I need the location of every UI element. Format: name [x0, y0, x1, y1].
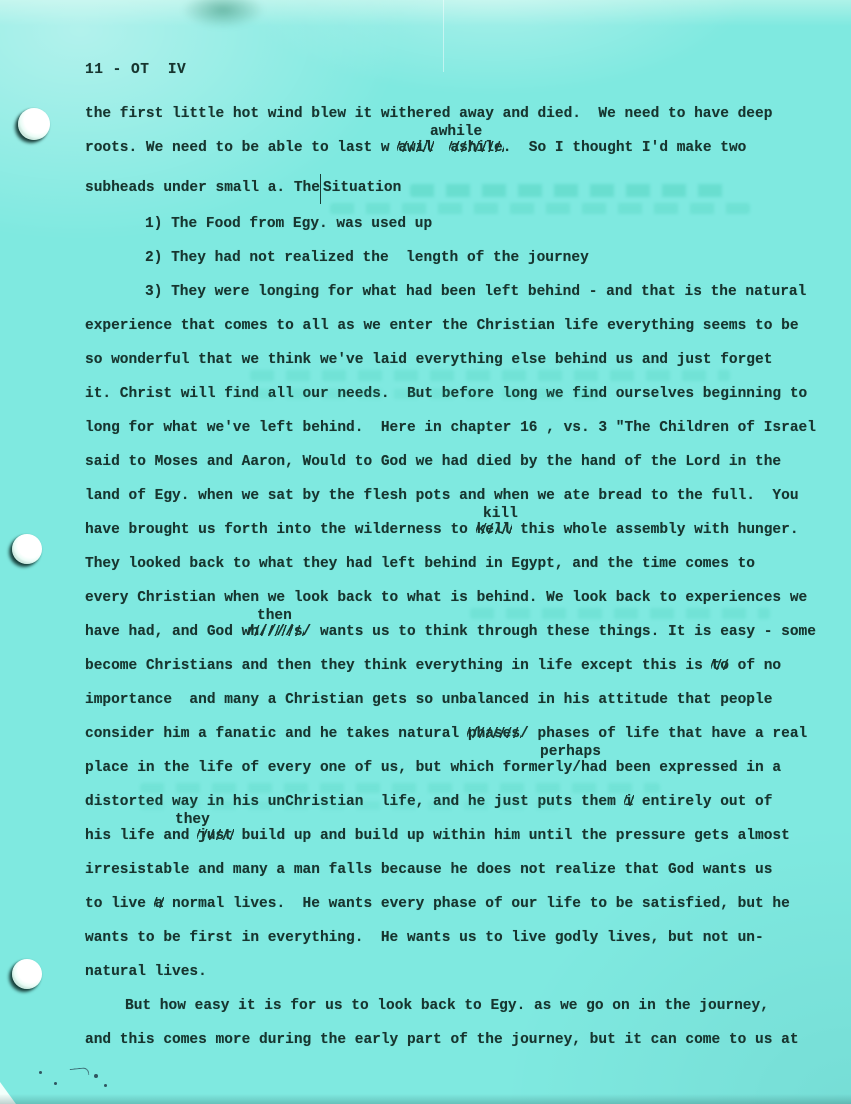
typed-line: consider him a fanatic and he takes natu…: [85, 726, 831, 760]
typed-text: / phases of life that have a real: [520, 726, 807, 742]
typed-text: natural lives.: [85, 964, 207, 980]
strikeout-text: a: [155, 896, 164, 912]
interline-insertion: they: [175, 812, 210, 828]
typed-text: and this comes more during the early par…: [85, 1032, 799, 1048]
typed-text: consider him a fanatic and he takes natu…: [85, 726, 468, 742]
typed-text: 3) They were longing for what had been l…: [145, 284, 806, 300]
bleed-through-text: [140, 783, 660, 793]
typed-text: experience that comes to all as we enter…: [85, 318, 799, 334]
typed-text: to live: [85, 896, 155, 912]
typed-text: said to Moses and Aaron, Would to God we…: [85, 454, 781, 470]
bleed-through-text: [140, 801, 560, 810]
typed-text: every Christian when we look back to wha…: [85, 590, 807, 606]
interline-insertion: kill: [483, 506, 518, 522]
strikeout-text: kell: [477, 522, 512, 538]
bleed-through-text: [470, 608, 770, 619]
typed-text: roots. We need to be able to last w: [85, 140, 398, 156]
typed-line: 2) They had not realized the length of t…: [85, 250, 831, 284]
page-number-heading: 11 - OT IV: [85, 62, 186, 78]
bleed-through-text: [330, 203, 750, 214]
typed-text: Situation: [323, 180, 401, 196]
typed-text: irresistable and many a man falls becaus…: [85, 862, 772, 878]
pencil-dot: [104, 1084, 107, 1087]
typed-lines: the first little hot wind blew it wither…: [85, 106, 831, 1066]
typed-text: 2) They had not realized the length of t…: [145, 250, 589, 266]
bleed-through-text: [410, 184, 730, 197]
typed-text: . So I thought I'd make two: [503, 140, 747, 156]
strikeout-text: just: [198, 828, 233, 844]
typed-line: and this comes more during the early par…: [85, 1032, 831, 1066]
typed-line: They looked back to what they had left b…: [85, 556, 831, 590]
typed-line: said to Moses and Aaron, Would to God we…: [85, 454, 831, 488]
strikeout-text: ashile: [450, 140, 502, 156]
typed-text: / wants us to think through these things…: [303, 624, 816, 640]
typed-text: of no: [729, 658, 781, 674]
typed-text: build up and build up within him until t…: [233, 828, 790, 844]
insertion-caret: [320, 174, 322, 204]
interline-insertion: perhaps: [540, 744, 601, 760]
typed-text: his life and: [85, 828, 198, 844]
typed-text: normal lives. He wants every phase of ou…: [163, 896, 790, 912]
typed-text: entirely out of: [633, 794, 772, 810]
typed-line: land of Egy. when we sat by the flesh po…: [85, 488, 831, 522]
typed-text: importance and many a Christian gets so …: [85, 692, 772, 708]
punch-hole: [12, 534, 42, 564]
typed-text: this whole assembly with hunger.: [511, 522, 798, 538]
strikeout-text: phases: [468, 726, 520, 742]
pencil-squiggle: [70, 1067, 90, 1077]
bleed-through-text: [250, 389, 610, 399]
typed-line: his life and just build up and build up …: [85, 828, 831, 862]
typed-text: become Christians and then they think ev…: [85, 658, 712, 674]
typed-line: to live a normal lives. He wants every p…: [85, 896, 831, 930]
typed-line: natural lives.: [85, 964, 831, 998]
typed-line: have had, and God wh////s/ wants us to t…: [85, 624, 831, 658]
typed-line: importance and many a Christian gets so …: [85, 692, 831, 726]
typed-text: long for what we've left behind. Here in…: [85, 420, 816, 436]
interline-insertion: awhile: [430, 124, 482, 140]
page-bottom-shadow: [0, 1094, 851, 1104]
scan-smudge: [168, 0, 278, 34]
typed-text: so wonderful that we think we've laid ev…: [85, 352, 772, 368]
strikeout-text: h////s: [250, 624, 302, 640]
typed-text: have brought us forth into the wildernes…: [85, 522, 477, 538]
typed-text: place in the life of every one of us, bu…: [85, 760, 781, 776]
pencil-dot: [39, 1071, 42, 1074]
strikeout-text: awil: [398, 140, 433, 156]
typed-text: wants to be first in everything. He want…: [85, 930, 764, 946]
typed-line: experience that comes to all as we enter…: [85, 318, 831, 352]
pencil-dot: [94, 1074, 98, 1078]
typed-line: irresistable and many a man falls becaus…: [85, 862, 831, 896]
paper-crease: [443, 0, 444, 72]
typed-text: subheads under small a. The: [85, 180, 320, 196]
typed-line: wants to be first in everything. He want…: [85, 930, 831, 964]
typed-text: 1) The Food from Egy. was used up: [145, 216, 432, 232]
typed-line: long for what we've left behind. Here in…: [85, 420, 831, 454]
strikeout-text: to: [712, 658, 729, 674]
typed-text: [433, 140, 450, 156]
pencil-dot: [54, 1082, 57, 1085]
typed-line: roots. We need to be able to last w awil…: [85, 140, 831, 174]
typed-line: But how easy it is for us to look back t…: [85, 998, 831, 1032]
typed-line: become Christians and then they think ev…: [85, 658, 831, 692]
bleed-through-text: [250, 370, 730, 381]
strikeout-text: i: [625, 794, 634, 810]
typed-text: the first little hot wind blew it wither…: [85, 106, 772, 122]
typed-text: have had, and God w: [85, 624, 250, 640]
typed-text: land of Egy. when we sat by the flesh po…: [85, 488, 799, 504]
typed-line: 1) The Food from Egy. was used up: [85, 216, 831, 250]
typed-line: have brought us forth into the wildernes…: [85, 522, 831, 556]
typed-text: They looked back to what they had left b…: [85, 556, 755, 572]
scanned-typescript-page: 11 - OT IV the first little hot wind ble…: [0, 0, 851, 1104]
typed-line: 3) They were longing for what had been l…: [85, 284, 831, 318]
interline-insertion: then: [257, 608, 292, 624]
punch-hole: [12, 959, 42, 989]
typed-text: But how easy it is for us to look back t…: [125, 998, 769, 1014]
punch-hole: [18, 108, 50, 140]
